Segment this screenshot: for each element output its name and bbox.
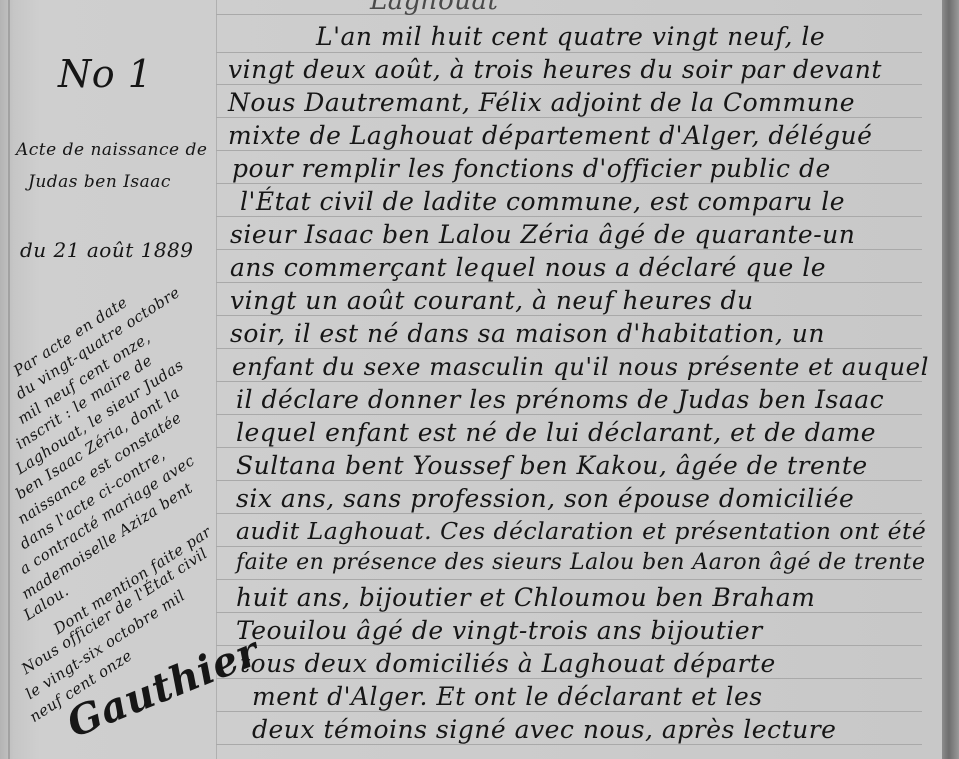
ruled-line	[216, 678, 922, 679]
ruled-line	[216, 612, 922, 613]
body-line: mixte de Laghouat département d'Alger, d…	[228, 121, 872, 150]
body-line: L'an mil huit cent quatre vingt neuf, le	[316, 22, 825, 51]
ruled-line	[216, 249, 922, 250]
ruled-line	[216, 513, 922, 514]
margin-title-line-1: Acte de naissance de	[16, 140, 207, 160]
body-line: lequel enfant est né de lui déclarant, e…	[236, 418, 876, 447]
registry-page: Laghouat No 1 Acte de naissance de Judas…	[0, 0, 942, 759]
ruled-line	[216, 14, 922, 15]
body-line: ment d'Alger. Et ont le déclarant et les	[252, 682, 763, 711]
ruled-line	[216, 480, 922, 481]
body-line: ans commerçant lequel nous a déclaré que…	[230, 253, 826, 282]
body-line: vingt un août courant, à neuf heures du	[230, 286, 754, 315]
ruled-line	[216, 381, 922, 382]
margin-title-line-2: Judas ben Isaac	[28, 172, 171, 192]
entry-number: No 1	[58, 52, 152, 96]
margin-date: du 21 août 1889	[20, 238, 194, 262]
ruled-line	[216, 744, 922, 745]
ruled-line	[216, 447, 922, 448]
body-line: audit Laghouat. Ces déclaration et prése…	[236, 517, 926, 545]
ruled-line	[216, 52, 922, 53]
body-line: deux témoins signé avec nous, après lect…	[252, 715, 836, 744]
header-fragment: Laghouat	[370, 0, 499, 16]
body-line: l'État civil de ladite commune, est comp…	[240, 187, 845, 216]
ruled-line	[216, 150, 922, 151]
body-line: vingt deux août, à trois heures du soir …	[228, 55, 882, 84]
body-line: huit ans, bijoutier et Chloumou ben Brah…	[236, 583, 815, 612]
body-line: pour remplir les fonctions d'officier pu…	[232, 154, 831, 183]
ruled-line	[216, 216, 922, 217]
body-line: Sultana bent Youssef ben Kakou, âgée de …	[236, 451, 868, 480]
ruled-line	[216, 579, 922, 580]
ruled-line	[216, 414, 922, 415]
book-binding	[942, 0, 959, 759]
page-edge	[8, 0, 10, 759]
body-line: sieur Isaac ben Lalou Zéria âgé de quara…	[230, 220, 855, 249]
body-line: soir, il est né dans sa maison d'habitat…	[230, 319, 825, 348]
ruled-line	[216, 282, 922, 283]
body-line: enfant du sexe masculin qu'il nous prése…	[232, 352, 929, 381]
body-line: tous deux domiciliés à Laghouat départe	[240, 649, 776, 678]
ruled-line	[216, 546, 922, 547]
ruled-line	[216, 117, 922, 118]
body-line: Teouilou âgé de vingt-trois ans bijoutie…	[236, 616, 763, 645]
body-line: six ans, sans profession, son épouse dom…	[236, 484, 854, 513]
ruled-line	[216, 183, 922, 184]
body-line: faite en présence des sieurs Lalou ben A…	[236, 550, 926, 575]
body-line: Nous Dautremant, Félix adjoint de la Com…	[228, 88, 855, 117]
ruled-line	[216, 315, 922, 316]
body-line: il déclare donner les prénoms de Judas b…	[236, 385, 884, 414]
ruled-line	[216, 84, 922, 85]
ruled-line	[216, 645, 922, 646]
ruled-line	[216, 348, 922, 349]
ruled-line	[216, 711, 922, 712]
